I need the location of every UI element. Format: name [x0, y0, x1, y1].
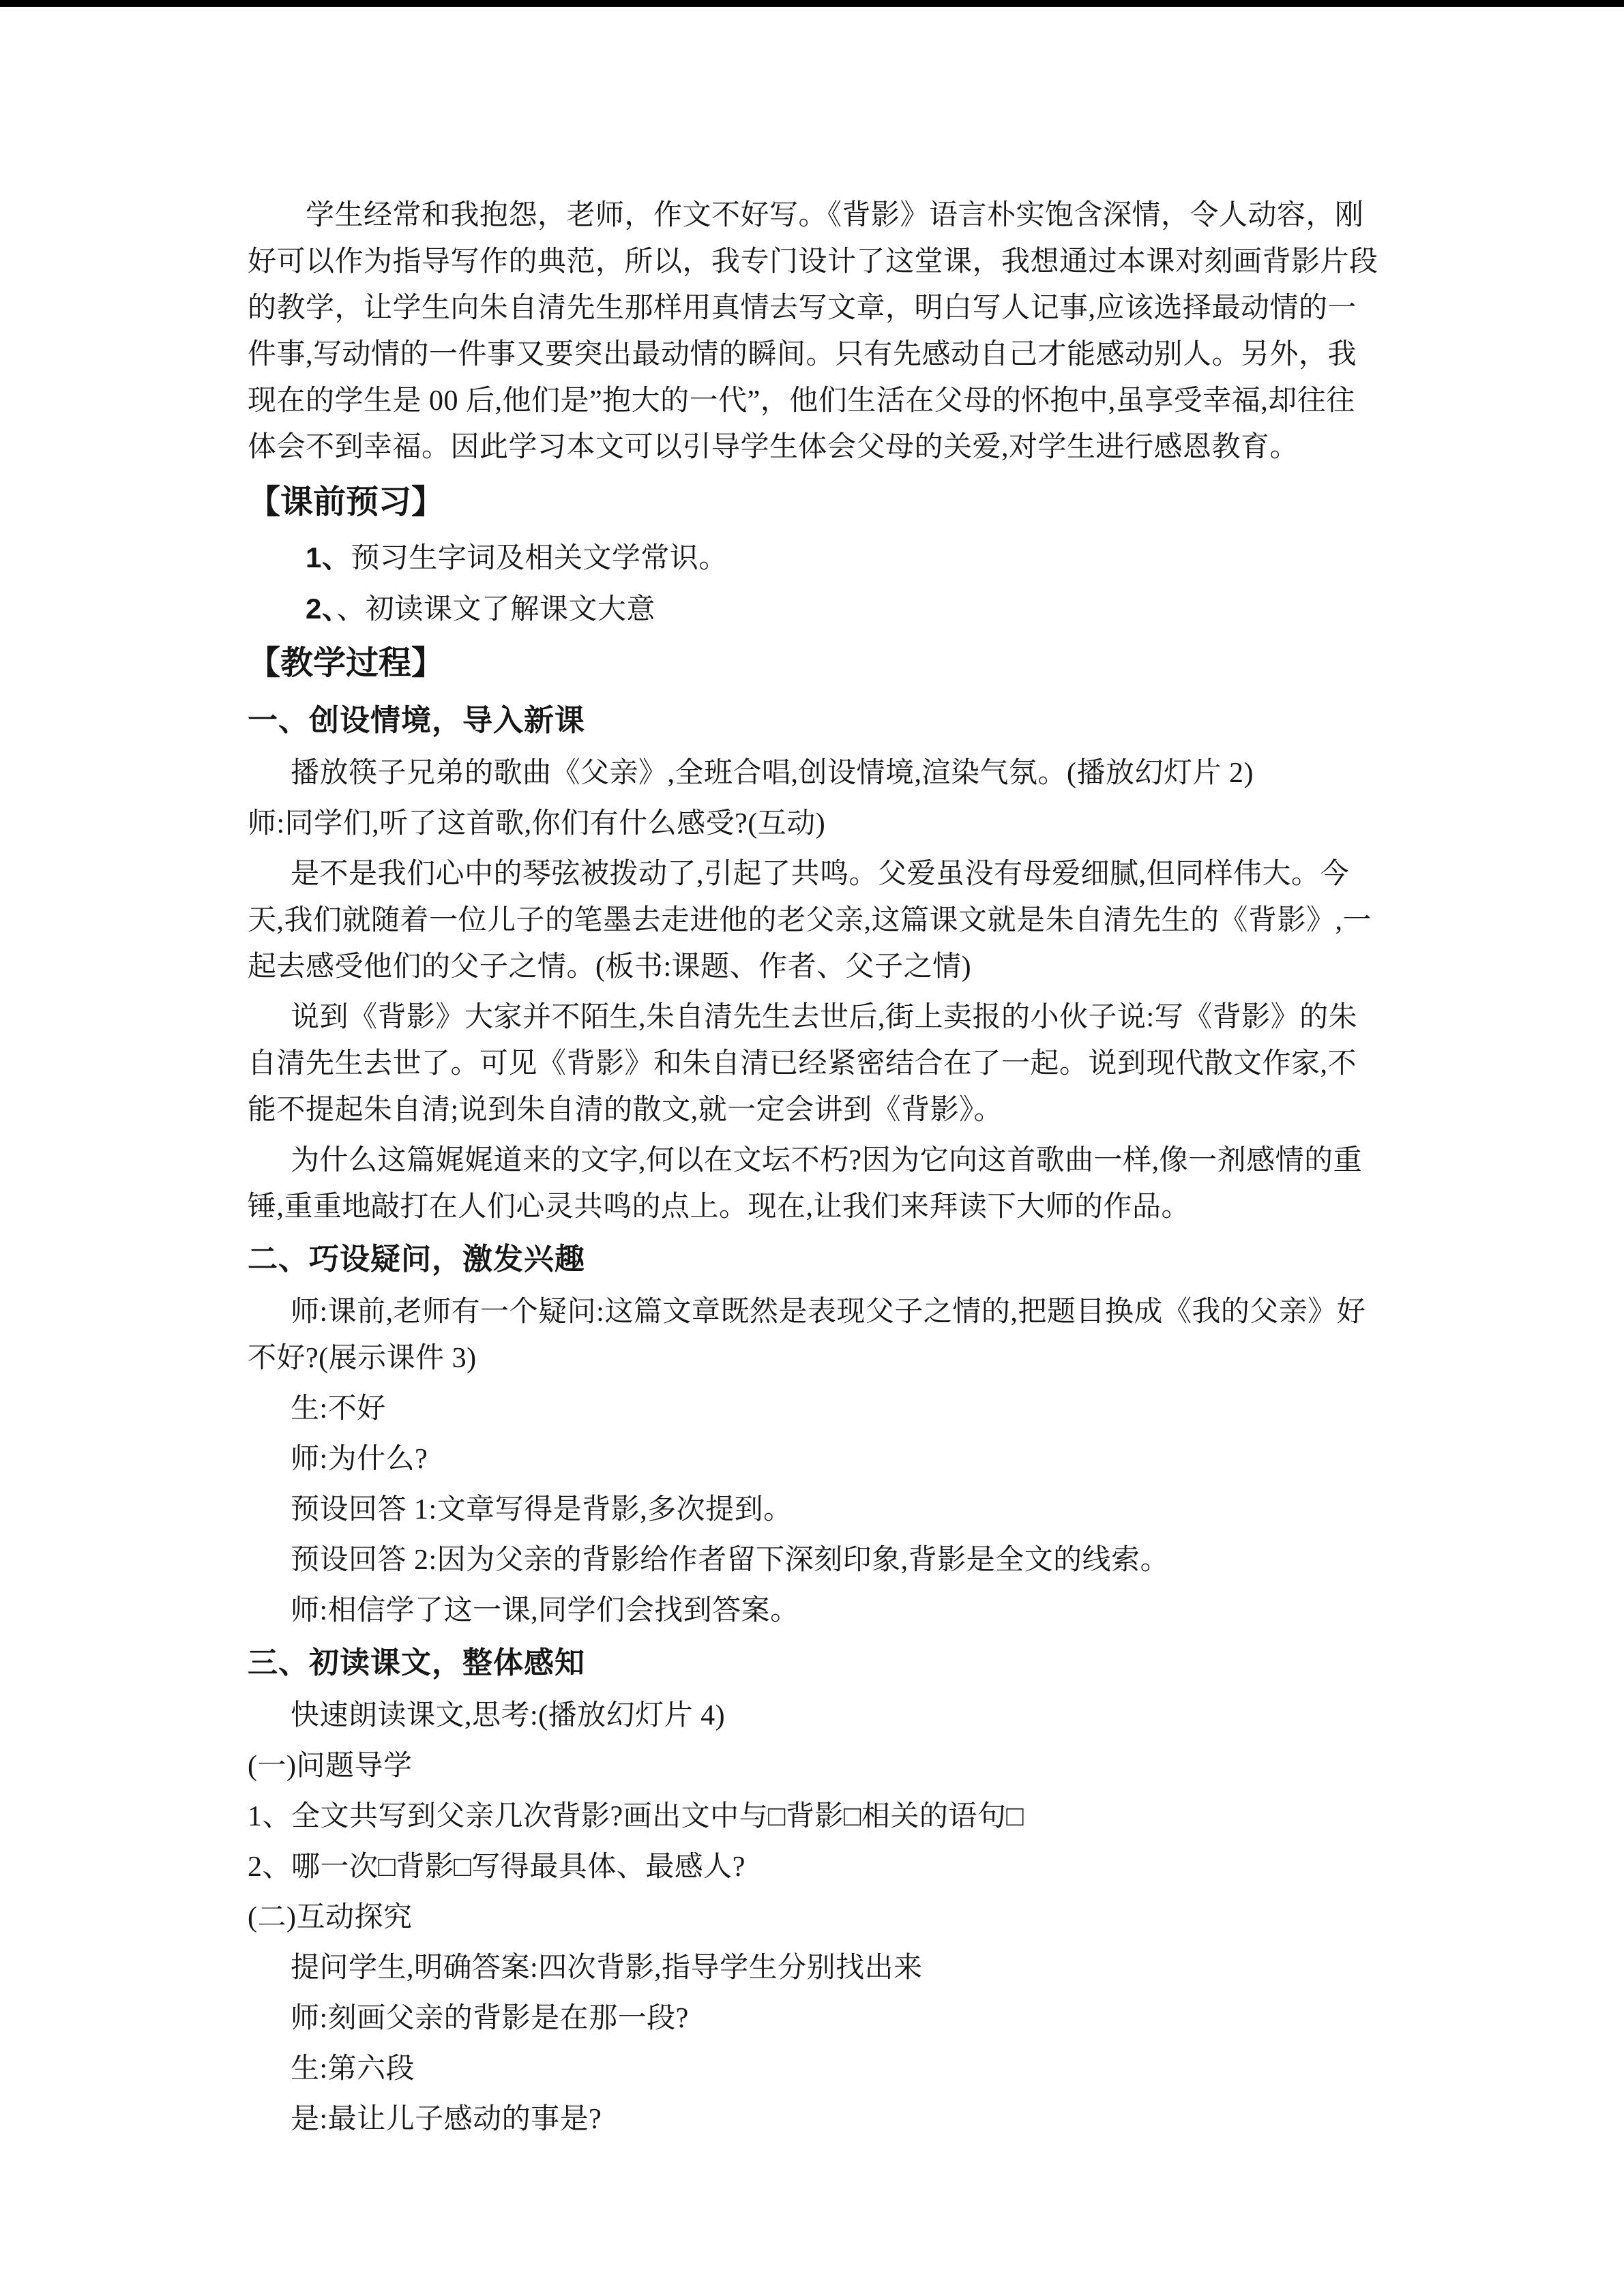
- line-subsection-1-question-guide: (一)问题导学: [248, 1743, 1383, 1789]
- line-teacher-believe-answer: 师:相信学了这一课,同学们会找到答案。: [248, 1587, 1383, 1634]
- line-teacher-why: 师:为什么?: [248, 1436, 1383, 1482]
- heading-section-3-first-reading: 三、初读课文，整体感知: [248, 1638, 1383, 1688]
- line-student-paragraph-six: 生:第六段: [248, 2046, 1383, 2092]
- line-ask-students-four-backs: 提问学生,明确答案:四次背影,指导学生分别找出来: [248, 1945, 1383, 1991]
- preview-item-1-text: 预习生字词及相关文学常识。: [351, 543, 728, 574]
- line-preset-answer-2: 预设回答 2:因为父亲的背影给作者留下深刻印象,背影是全文的线索。: [248, 1537, 1383, 1583]
- paragraph-teacher-doubt-title: 师:课前,老师有一个疑问:这篇文章既然是表现父子之情的,把题目换成《我的父亲》好…: [248, 1289, 1383, 1382]
- line-fast-reading-think: 快速朗读课文,思考:(播放幻灯片 4): [248, 1693, 1383, 1739]
- line-question-1-how-many-backs: 1、全文共写到父亲几次背影?画出文中与□背影□相关的语句□: [248, 1793, 1383, 1840]
- document-page: 学生经常和我抱怨，老师，作文不好写。《背影》语言朴实饱含深情，令人动容，刚好可以…: [0, 0, 1624, 2296]
- page-top-border: [0, 0, 1624, 7]
- document-body: 学生经常和我抱怨，老师，作文不好写。《背影》语言朴实饱含深情，令人动容，刚好可以…: [248, 192, 1383, 2147]
- line-teacher-which-paragraph: 师:刻画父亲的背影是在那一段?: [248, 1995, 1383, 2042]
- heading-teaching-process: 【教学过程】: [248, 637, 1383, 690]
- opening-reflection-paragraph: 学生经常和我抱怨，老师，作文不好写。《背影》语言朴实饱含深情，令人动容，刚好可以…: [248, 192, 1383, 471]
- paragraph-play-song: 播放筷子兄弟的歌曲《父亲》,全班合唱,创设情境,渲染气氛。(播放幻灯片 2): [248, 750, 1383, 796]
- preview-item-1-number: 1、: [306, 541, 351, 573]
- paragraph-why-immortal: 为什么这篇娓娓道来的文字,何以在文坛不朽?因为它向这首歌曲一样,像一剂感情的重锤…: [248, 1137, 1383, 1230]
- line-subsection-2-interactive-inquiry: (二)互动探究: [248, 1894, 1383, 1941]
- heading-section-1-create-situation: 一、创设情境，导入新课: [248, 696, 1383, 746]
- heading-section-2-clever-questions: 二、巧设疑问，激发兴趣: [248, 1234, 1383, 1285]
- line-preset-answer-1: 预设回答 1:文章写得是背影,多次提到。: [248, 1487, 1383, 1533]
- preview-item-2-number: 2、: [306, 593, 336, 625]
- heading-pre-class-preview: 【课前预习】: [248, 476, 1383, 529]
- line-student-no: 生:不好: [248, 1386, 1383, 1432]
- line-teacher-question-song: 师:同学们,听了这首歌,你们有什么感受?(互动): [248, 801, 1383, 847]
- line-most-touching-event: 是:最让儿子感动的事是?: [248, 2096, 1383, 2143]
- preview-item-2-text: 、初读课文了解课文大意: [336, 594, 655, 625]
- paragraph-beiying-fame: 说到《背影》大家并不陌生,朱自清先生去世后,街上卖报的小伙子说:写《背影》的朱自…: [248, 994, 1383, 1133]
- line-question-2-most-touching: 2、哪一次□背影□写得最具体、最感人?: [248, 1844, 1383, 1890]
- paragraph-heartstrings: 是不是我们心中的琴弦被拨动了,引起了共鸣。父爱虽没有母爱细腻,但同样伟大。今天,…: [248, 851, 1383, 990]
- preview-item-1: 1、预习生字词及相关文学常识。: [248, 535, 1383, 582]
- preview-item-2: 2、、初读课文了解课文大意: [248, 586, 1383, 633]
